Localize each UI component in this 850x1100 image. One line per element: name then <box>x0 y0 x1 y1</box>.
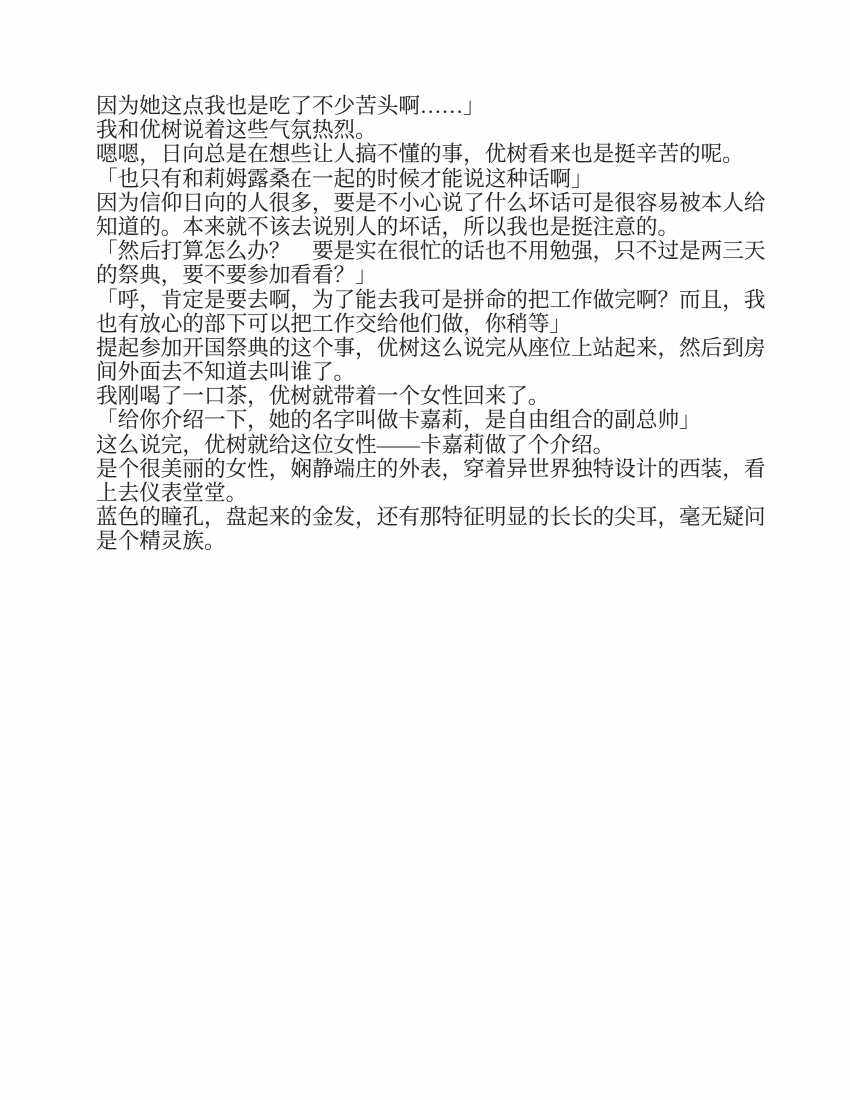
text-line: 是个精灵族。 <box>96 529 768 553</box>
text-line: 知道的。本来就不该去说别人的坏话，所以我也是挺注意的。 <box>96 215 768 239</box>
text-line: 提起参加开国祭典的这个事，优树这么说完从座位上站起来，然后到房 <box>96 336 768 360</box>
text-line: 「呼，肯定是要去啊，为了能去我可是拼命的把工作做完啊？而且，我 <box>96 288 768 312</box>
text-line: 「也只有和莉姆露桑在一起的时候才能说这种话啊」 <box>96 167 768 191</box>
novel-page: 因为她这点我也是吃了不少苦头啊……」 我和优树说着这些气氛热烈。 嗯嗯，日向总是… <box>0 0 850 1100</box>
novel-text-block: 因为她这点我也是吃了不少苦头啊……」 我和优树说着这些气氛热烈。 嗯嗯，日向总是… <box>96 94 768 554</box>
text-line: 是个很美丽的女性，娴静端庄的外表，穿着异世界独特设计的西装，看 <box>96 457 768 481</box>
text-line: 「然后打算怎么办？ 要是实在很忙的话也不用勉强，只不过是两三天 <box>96 239 768 263</box>
text-line: 嗯嗯，日向总是在想些让人搞不懂的事，优树看来也是挺辛苦的呢。 <box>96 142 768 166</box>
text-line: 因为她这点我也是吃了不少苦头啊……」 <box>96 94 768 118</box>
text-line: 蓝色的瞳孔，盘起来的金发，还有那特征明显的长长的尖耳，毫无疑问 <box>96 505 768 529</box>
text-line: 我刚喝了一口茶，优树就带着一个女性回来了。 <box>96 384 768 408</box>
text-line: 间外面去不知道去叫谁了。 <box>96 360 768 384</box>
text-line: 我和优树说着这些气氛热烈。 <box>96 118 768 142</box>
text-line: 上去仪表堂堂。 <box>96 481 768 505</box>
text-line: 因为信仰日向的人很多，要是不小心说了什么坏话可是很容易被本人给 <box>96 191 768 215</box>
text-line: 这么说完，优树就给这位女性——卡嘉莉做了个介绍。 <box>96 433 768 457</box>
text-line: 「给你介绍一下，她的名字叫做卡嘉莉，是自由组合的副总帅」 <box>96 408 768 432</box>
text-line: 的祭典，要不要参加看看？」 <box>96 263 768 287</box>
text-line: 也有放心的部下可以把工作交给他们做，你稍等」 <box>96 312 768 336</box>
